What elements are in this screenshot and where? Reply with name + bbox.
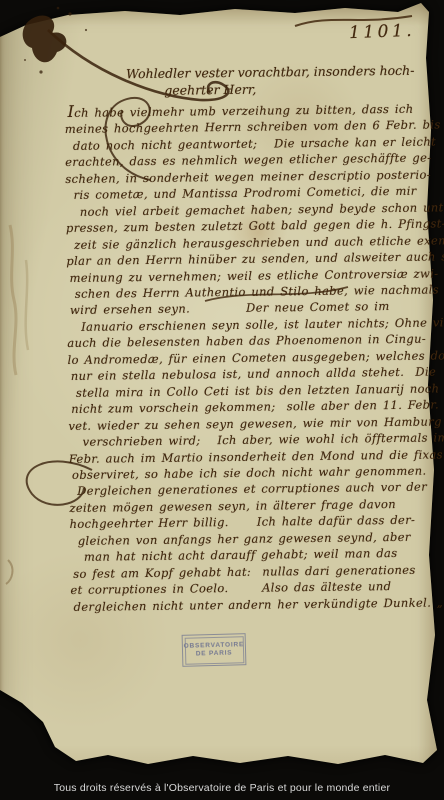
copyright-caption: Tous droits réservés à l'Observatoire de… (0, 782, 444, 794)
archive-stamp-text: OBSERVATOIRE DE PARIS (184, 636, 244, 665)
folio-number: 1101. (349, 21, 416, 43)
stamp-line-2: DE PARIS (196, 650, 233, 659)
salutation-line: geehrter Herr, (164, 79, 430, 99)
letter-text: Wohledler vester vorachtbar, insonders h… (64, 62, 437, 615)
archive-stamp: OBSERVATOIRE DE PARIS (182, 633, 247, 667)
manuscript-body: Ich habe vielmehr umb verzeihung zu bitt… (64, 100, 436, 615)
manuscript-scan-view: { "document": { "folio_number": "1101.",… (0, 0, 444, 800)
